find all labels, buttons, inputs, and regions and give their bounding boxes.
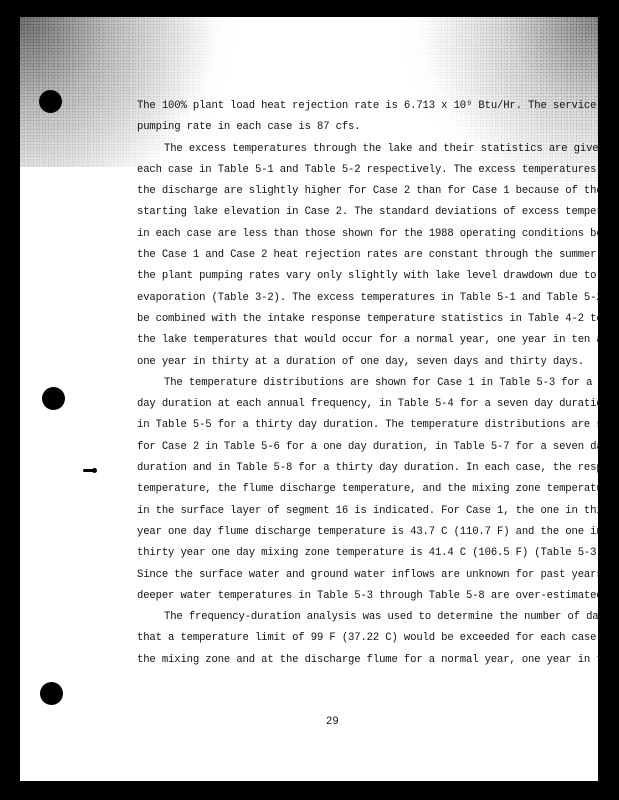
text-line: thirty year one day mixing zone temperat…	[137, 543, 565, 564]
text-line: The temperature distributions are shown …	[137, 373, 565, 394]
text-line: duration and in Table 5-8 for a thirty d…	[137, 458, 565, 479]
margin-mark	[83, 469, 95, 472]
text-line: in each case are less than those shown f…	[137, 224, 565, 245]
page-number: 29	[326, 716, 339, 728]
hole-punch-bottom	[40, 682, 63, 705]
text-line: in Table 5-5 for a thirty day duration. …	[137, 415, 565, 436]
text-line: pumping rate in each case is 87 cfs.	[137, 117, 565, 138]
text-line: year one day flume discharge temperature…	[137, 522, 565, 543]
text-line: be combined with the intake response tem…	[137, 309, 565, 330]
text-line: temperature, the flume discharge tempera…	[137, 479, 565, 500]
text-line: one year in thirty at a duration of one …	[137, 352, 565, 373]
text-line: starting lake elevation in Case 2. The s…	[137, 202, 565, 223]
text-line: deeper water temperatures in Table 5-3 t…	[137, 586, 565, 607]
text-line: the mixing zone and at the discharge flu…	[137, 650, 565, 671]
hole-punch-top	[39, 90, 62, 113]
text-line: the Case 1 and Case 2 heat rejection rat…	[137, 245, 565, 266]
text-line: evaporation (Table 3-2). The excess temp…	[137, 288, 565, 309]
scanned-page: The 100% plant load heat rejection rate …	[20, 17, 598, 781]
text-line: The excess temperatures through the lake…	[137, 139, 565, 160]
text-line: for Case 2 in Table 5-6 for a one day du…	[137, 437, 565, 458]
text-line: day duration at each annual frequency, i…	[137, 394, 565, 415]
text-line: The frequency-duration analysis was used…	[137, 607, 565, 628]
text-line: the plant pumping rates vary only slight…	[137, 266, 565, 287]
text-line: the discharge are slightly higher for Ca…	[137, 181, 565, 202]
text-line: in the surface layer of segment 16 is in…	[137, 501, 565, 522]
text-line: the lake temperatures that would occur f…	[137, 330, 565, 351]
body-text: The 100% plant load heat rejection rate …	[137, 96, 565, 671]
text-line: each case in Table 5-1 and Table 5-2 res…	[137, 160, 565, 181]
hole-punch-middle	[42, 387, 65, 410]
text-line: Since the surface water and ground water…	[137, 565, 565, 586]
text-line: that a temperature limit of 99 F (37.22 …	[137, 628, 565, 649]
text-line: The 100% plant load heat rejection rate …	[137, 96, 565, 117]
